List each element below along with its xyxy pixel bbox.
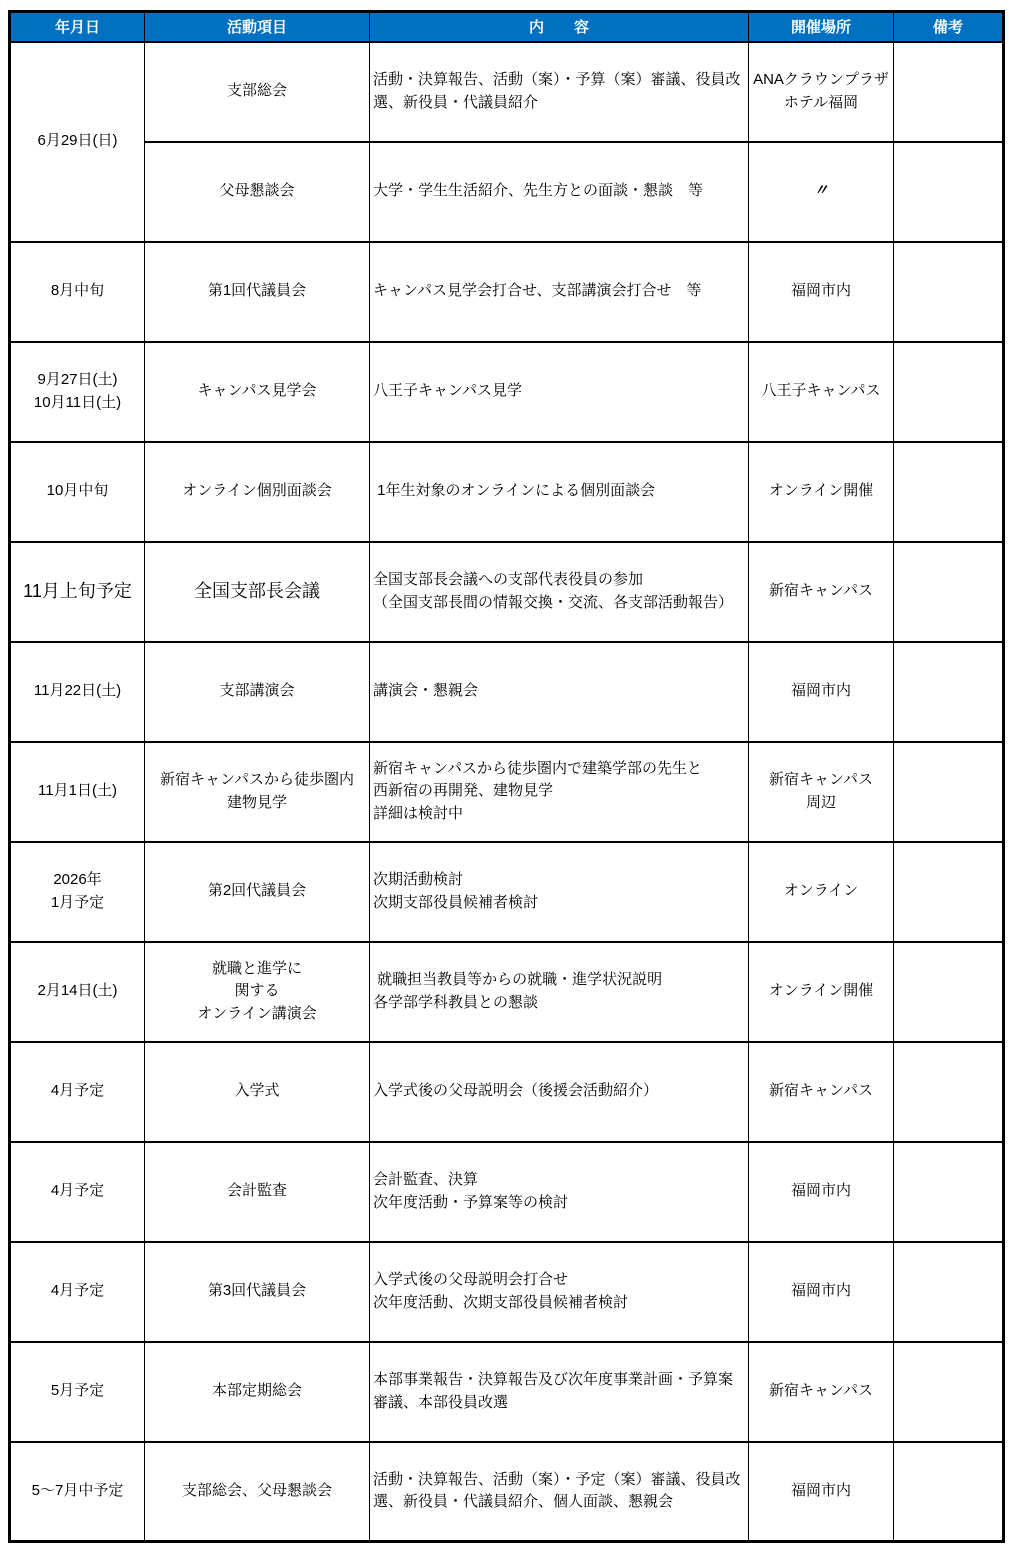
date-cell: 11月22日(土) [10, 642, 145, 742]
venue-cell: 新宿キャンパス [749, 1342, 894, 1442]
note-cell [894, 1242, 1004, 1342]
content-cell: 本部事業報告・決算報告及び次年度事業計画・予算案審議、本部役員改選 [370, 1342, 749, 1442]
venue-cell: 新宿キャンパス [749, 1042, 894, 1142]
activity-cell: 支部講演会 [145, 642, 370, 742]
venue-cell: 福岡市内 [749, 1442, 894, 1542]
table-row: 父母懇談会大学・学生生活紹介、先生方との面談・懇談 等〃 [10, 142, 1004, 242]
note-cell [894, 442, 1004, 542]
venue-cell: 福岡市内 [749, 642, 894, 742]
note-cell [894, 742, 1004, 842]
note-cell [894, 1142, 1004, 1242]
note-cell [894, 242, 1004, 342]
header-cell-content: 内 容 [370, 12, 749, 42]
venue-cell: オンライン開催 [749, 442, 894, 542]
content-cell: 全国支部長会議への支部代表役員の参加 （全国支部長間の情報交換・交流、各支部活動… [370, 542, 749, 642]
activity-cell: 全国支部長会議 [145, 542, 370, 642]
table-header: 年月日 活動項目 内 容 開催場所 備考 [10, 12, 1004, 42]
date-cell: 2026年 1月予定 [10, 842, 145, 942]
venue-cell: 新宿キャンパス [749, 542, 894, 642]
note-cell [894, 142, 1004, 242]
activity-cell: 第3回代議員会 [145, 1242, 370, 1342]
note-cell [894, 942, 1004, 1042]
header-row: 年月日 活動項目 内 容 開催場所 備考 [10, 12, 1004, 42]
date-cell: 11月1日(土) [10, 742, 145, 842]
table-row: 5月予定本部定期総会本部事業報告・決算報告及び次年度事業計画・予算案審議、本部役… [10, 1342, 1004, 1442]
table-row: 11月上旬予定全国支部長会議全国支部長会議への支部代表役員の参加 （全国支部長間… [10, 542, 1004, 642]
header-cell-activity: 活動項目 [145, 12, 370, 42]
table-row: 4月予定入学式入学式後の父母説明会（後援会活動紹介）新宿キャンパス [10, 1042, 1004, 1142]
venue-cell: 新宿キャンパス 周辺 [749, 742, 894, 842]
content-cell: 入学式後の父母説明会打合せ 次年度活動、次期支部役員候補者検討 [370, 1242, 749, 1342]
content-cell: 1年生対象のオンラインによる個別面談会 [370, 442, 749, 542]
activity-schedule: 年月日 活動項目 内 容 開催場所 備考 6月29日(日)支部総会活動・決算報告… [8, 10, 1005, 1543]
activity-cell: オンライン個別面談会 [145, 442, 370, 542]
date-cell: 2月14日(土) [10, 942, 145, 1042]
activity-cell: 父母懇談会 [145, 142, 370, 242]
note-cell [894, 1342, 1004, 1442]
date-cell: 4月予定 [10, 1242, 145, 1342]
note-cell [894, 542, 1004, 642]
date-cell: 4月予定 [10, 1042, 145, 1142]
note-cell [894, 642, 1004, 742]
note-cell [894, 1442, 1004, 1542]
date-cell: 8月中旬 [10, 242, 145, 342]
venue-cell: 福岡市内 [749, 1142, 894, 1242]
venue-cell: オンライン開催 [749, 942, 894, 1042]
date-cell: 11月上旬予定 [10, 542, 145, 642]
venue-cell: 〃 [749, 142, 894, 242]
activity-cell: 支部総会 [145, 42, 370, 142]
activity-cell: 新宿キャンパスから徒歩圏内 建物見学 [145, 742, 370, 842]
activity-cell: 支部総会、父母懇談会 [145, 1442, 370, 1542]
activity-cell: 入学式 [145, 1042, 370, 1142]
venue-cell: 福岡市内 [749, 242, 894, 342]
activity-schedule-table: 年月日 活動項目 内 容 開催場所 備考 6月29日(日)支部総会活動・決算報告… [8, 10, 1005, 1543]
table-row: 2026年 1月予定第2回代議員会次期活動検討 次期支部役員候補者検討オンライン [10, 842, 1004, 942]
note-cell [894, 342, 1004, 442]
content-cell: 活動・決算報告、活動（案）・予定（案）審議、役員改選、新役員・代議員紹介、個人面… [370, 1442, 749, 1542]
activity-cell: 会計監査 [145, 1142, 370, 1242]
note-cell [894, 1042, 1004, 1142]
date-cell: 5月予定 [10, 1342, 145, 1442]
activity-cell: キャンパス見学会 [145, 342, 370, 442]
table-row: 4月予定会計監査会計監査、決算 次年度活動・予算案等の検討福岡市内 [10, 1142, 1004, 1242]
activity-cell: 就職と進学に 関する オンライン講演会 [145, 942, 370, 1042]
activity-cell: 本部定期総会 [145, 1342, 370, 1442]
header-cell-note: 備考 [894, 12, 1004, 42]
content-cell: 入学式後の父母説明会（後援会活動紹介） [370, 1042, 749, 1142]
note-cell [894, 842, 1004, 942]
note-cell [894, 42, 1004, 142]
content-cell: 大学・学生生活紹介、先生方との面談・懇談 等 [370, 142, 749, 242]
schedule-body: 6月29日(日)支部総会活動・決算報告、活動（案）・予算（案）審議、役員改選、新… [10, 42, 1004, 1542]
venue-cell: 八王子キャンパス [749, 342, 894, 442]
venue-cell: 福岡市内 [749, 1242, 894, 1342]
content-cell: 会計監査、決算 次年度活動・予算案等の検討 [370, 1142, 749, 1242]
table-row: 4月予定第3回代議員会入学式後の父母説明会打合せ 次年度活動、次期支部役員候補者… [10, 1242, 1004, 1342]
header-cell-date: 年月日 [10, 12, 145, 42]
activity-cell: 第2回代議員会 [145, 842, 370, 942]
content-cell: 活動・決算報告、活動（案）・予算（案）審議、役員改選、新役員・代議員紹介 [370, 42, 749, 142]
date-cell: 6月29日(日) [10, 42, 145, 242]
content-cell: 次期活動検討 次期支部役員候補者検討 [370, 842, 749, 942]
table-row: 8月中旬第1回代議員会キャンパス見学会打合せ、支部講演会打合せ 等福岡市内 [10, 242, 1004, 342]
table-row: 10月中旬オンライン個別面談会 1年生対象のオンラインによる個別面談会オンライン… [10, 442, 1004, 542]
table-row: 2月14日(土)就職と進学に 関する オンライン講演会 就職担当教員等からの就職… [10, 942, 1004, 1042]
activity-cell: 第1回代議員会 [145, 242, 370, 342]
table-row: 11月1日(土)新宿キャンパスから徒歩圏内 建物見学新宿キャンパスから徒歩圏内で… [10, 742, 1004, 842]
table-row: 5～7月中予定支部総会、父母懇談会活動・決算報告、活動（案）・予定（案）審議、役… [10, 1442, 1004, 1542]
table-row: 9月27日(土) 10月11日(土)キャンパス見学会八王子キャンパス見学八王子キ… [10, 342, 1004, 442]
table-row: 6月29日(日)支部総会活動・決算報告、活動（案）・予算（案）審議、役員改選、新… [10, 42, 1004, 142]
content-cell: 新宿キャンパスから徒歩圏内で建築学部の先生と 西新宿の再開発、建物見学 詳細は検… [370, 742, 749, 842]
date-cell: 5～7月中予定 [10, 1442, 145, 1542]
venue-cell: ANAクラウンプラザホテル福岡 [749, 42, 894, 142]
date-cell: 9月27日(土) 10月11日(土) [10, 342, 145, 442]
date-cell: 4月予定 [10, 1142, 145, 1242]
header-cell-venue: 開催場所 [749, 12, 894, 42]
content-cell: 就職担当教員等からの就職・進学状況説明 各学部学科教員との懇談 [370, 942, 749, 1042]
venue-cell: オンライン [749, 842, 894, 942]
table-row: 11月22日(土)支部講演会講演会・懇親会福岡市内 [10, 642, 1004, 742]
content-cell: 八王子キャンパス見学 [370, 342, 749, 442]
content-cell: 講演会・懇親会 [370, 642, 749, 742]
content-cell: キャンパス見学会打合せ、支部講演会打合せ 等 [370, 242, 749, 342]
date-cell: 10月中旬 [10, 442, 145, 542]
